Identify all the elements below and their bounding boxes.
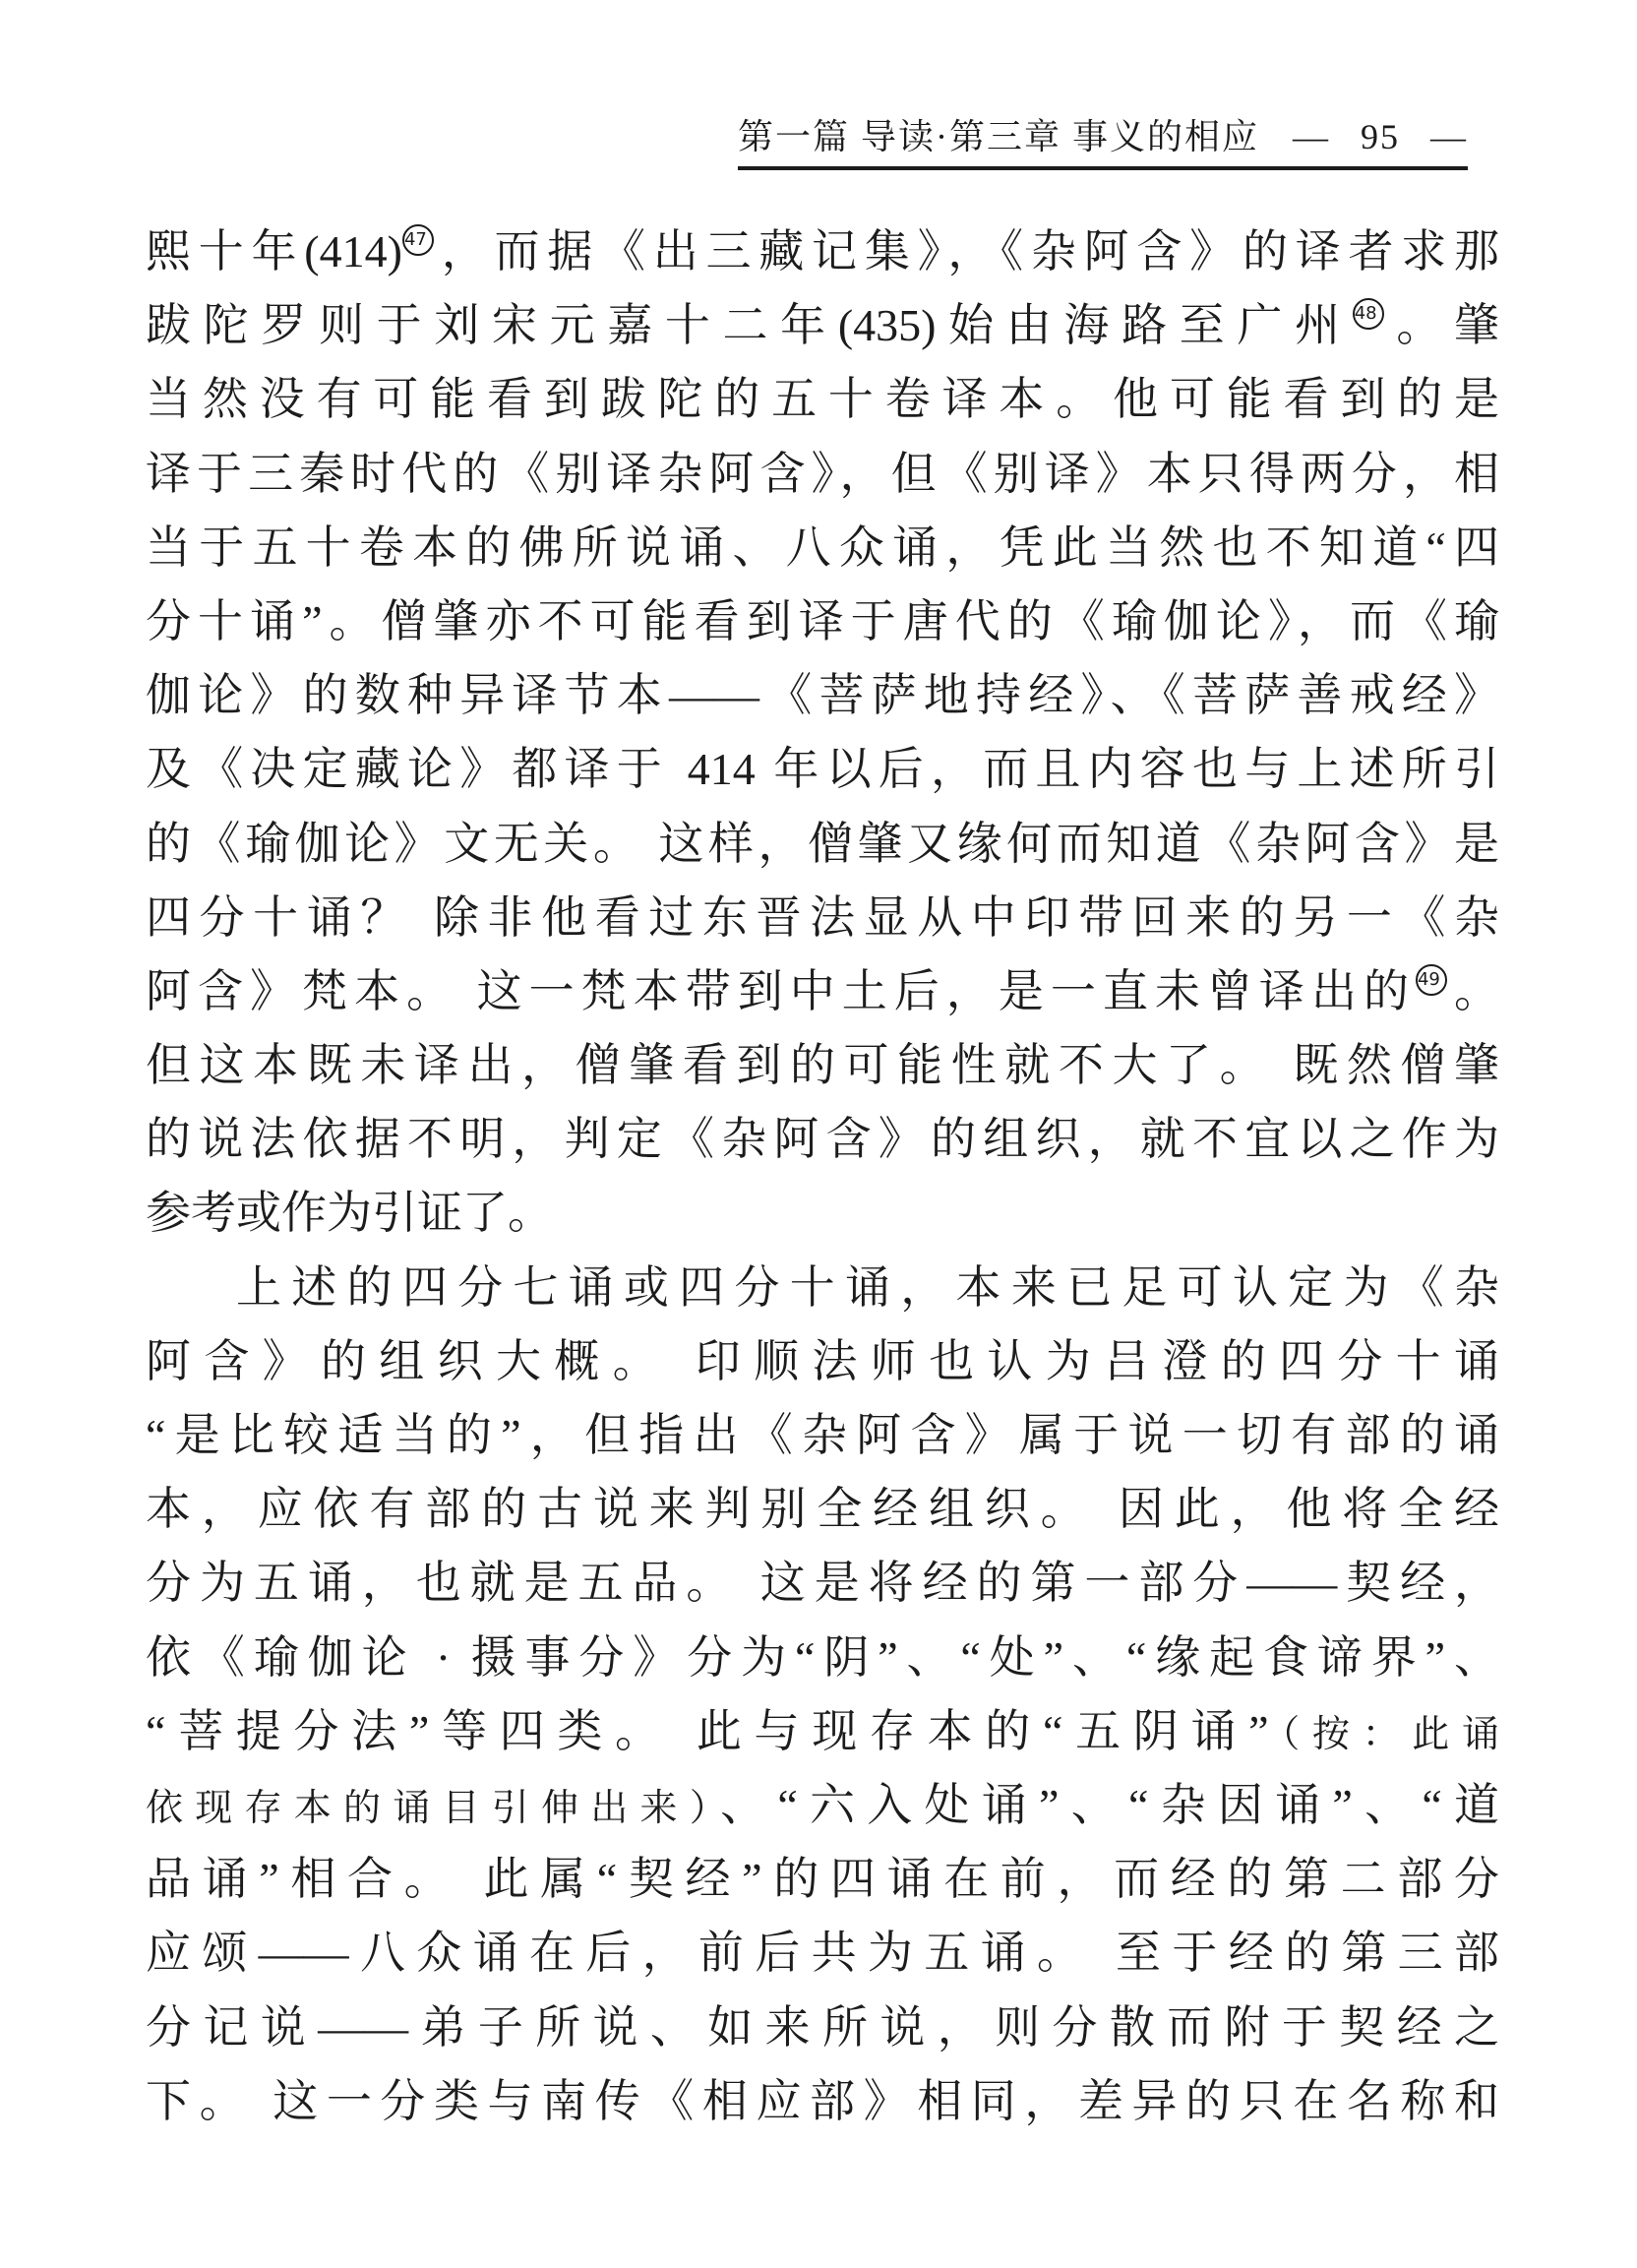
running-header: 第一篇 导读·第三章 事义的相应— 95 — [738,116,1468,170]
text-line: 熙十年(414)47，而据《出三藏记集》，《杂阿含》的译者求那 [146,215,1499,288]
text-line: 及《决定藏论》都译于 414 年以后，而且内容也与上述所引 [146,732,1499,806]
text-run: 熙十年(414) [146,226,402,276]
text-run: 。 [1447,966,1499,1016]
text-run: 跋陀罗则于刘宋元嘉十二年(435)始由海路至广州 [146,300,1353,350]
text-line: 的说法依据不明，判定《杂阿含》的组织，就不宜以之作为 [146,1102,1499,1176]
text-run: 分十诵”。僧肇亦不可能看到译于唐代的《瑜伽论》，而《瑜 [146,596,1499,646]
running-header-rule: 第一篇 导读·第三章 事义的相应— 95 — [738,116,1468,170]
text-run: 的说法依据不明，判定《杂阿含》的组织，就不宜以之作为 [146,1114,1499,1164]
text-run: 但这本既未译出，僧肇看到的可能性就不大了。 既然僧肇 [146,1040,1499,1090]
text-run: 依《瑜伽论 · 摄事分》分为“阴”、“处”、“缘起食谛界”、 [146,1632,1499,1683]
text-run: 阿含》的组织大概。 印顺法师也认为吕澄的四分十诵 [146,1336,1499,1386]
text-run: 应颂——八众诵在后，前后共为五诵。 至于经的第三部 [146,1928,1499,1978]
text-line: 分为五诵，也就是五品。 这是将经的第一部分——契经， [146,1546,1499,1620]
text-line: 应颂——八众诵在后，前后共为五诵。 至于经的第三部 [146,1916,1499,1990]
text-line: “是比较适当的”，但指出《杂阿含》属于说一切有部的诵 [146,1398,1499,1472]
text-run: 。肇 [1384,300,1499,350]
text-line: 本，应依有部的古说来判别全经组织。 因此，他将全经 [146,1472,1499,1546]
text-run: 译于三秦时代的《别译杂阿含》，但《别译》本只得两分，相 [146,449,1499,499]
footnote-ref-circled-number: 47 [402,224,434,256]
chapter-title: 第一篇 导读·第三章 事义的相应 [738,117,1259,156]
text-run: 分为五诵，也就是五品。 这是将经的第一部分——契经， [146,1558,1499,1608]
text-line: 的《瑜伽论》文无关。 这样，僧肇又缘何而知道《杂阿含》是 [146,807,1499,881]
footnote-ref-circled-number: 49 [1416,964,1447,996]
text-run: 本，应依有部的古说来判别全经组织。 因此，他将全经 [146,1484,1499,1534]
text-line: 分记说——弟子所说、如来所说，则分散而附于契经之 [146,1991,1499,2064]
text-line: 上述的四分七诵或四分十诵，本来已足可认定为《杂 [146,1251,1499,1324]
inline-annotation: 依现存本的诵目引伸出来） [146,1788,720,1829]
text-run: ，而据《出三藏记集》，《杂阿含》的译者求那 [434,226,1499,276]
text-run: 品诵”相合。 此属“契经”的四诵在前，而经的第二部分 [146,1854,1499,1904]
inline-annotation: （按：此诵 [1269,1714,1499,1755]
text-line: 当于五十卷本的佛所说诵、八众诵，凭此当然也不知道“四 [146,511,1499,584]
text-run: 上述的四分七诵或四分十诵，本来已足可认定为《杂 [236,1262,1499,1313]
text-run: 的《瑜伽论》文无关。 这样，僧肇又缘何而知道《杂阿含》是 [146,819,1499,869]
text-line: 跋陀罗则于刘宋元嘉十二年(435)始由海路至广州48。肇 [146,288,1499,362]
text-line: 阿含》梵本。 这一梵本带到中土后，是一直未曾译出的49。 [146,954,1499,1028]
text-run: 当然没有可能看到跋陀的五十卷译本。他可能看到的是 [146,374,1499,424]
text-run: 及《决定藏论》都译于 414 年以后，而且内容也与上述所引 [146,744,1499,794]
text-line: 四分十诵？ 除非他看过东晋法显从中印带回来的另一《杂 [146,881,1499,954]
text-line: 品诵”相合。 此属“契经”的四诵在前，而经的第二部分 [146,1842,1499,1916]
body-text: 熙十年(414)47，而据《出三藏记集》，《杂阿含》的译者求那跋陀罗则于刘宋元嘉… [146,215,1499,2138]
text-line: 译于三秦时代的《别译杂阿含》，但《别译》本只得两分，相 [146,437,1499,511]
text-run: 分记说——弟子所说、如来所说，则分散而附于契经之 [146,2002,1499,2053]
text-run: 、“六入处诵”、“杂因诵”、“道 [720,1780,1499,1830]
text-line: 伽论》的数种异译节本——《菩萨地持经》、《菩萨善戒经》 [146,658,1499,732]
text-run: “菩提分法”等四类。 此与现存本的“五阴诵” [146,1706,1269,1756]
text-run: 下。 这一分类与南传《相应部》相同，差异的只在名称和 [146,2076,1499,2126]
text-run: 阿含》梵本。 这一梵本带到中土后，是一直未曾译出的 [146,966,1416,1016]
text-run: 四分十诵？ 除非他看过东晋法显从中印带回来的另一《杂 [146,892,1499,943]
text-line: 阿含》的组织大概。 印顺法师也认为吕澄的四分十诵 [146,1324,1499,1398]
text-line: 参考或作为引证了。 [146,1176,1499,1250]
page-number: — 95 — [1293,117,1468,156]
text-line: 分十诵”。僧肇亦不可能看到译于唐代的《瑜伽论》，而《瑜 [146,584,1499,658]
footnote-ref-circled-number: 48 [1353,298,1384,330]
book-page: 第一篇 导读·第三章 事义的相应— 95 — 熙十年(414)47，而据《出三藏… [0,0,1637,2268]
text-line: 但这本既未译出，僧肇看到的可能性就不大了。 既然僧肇 [146,1028,1499,1102]
text-line: 依《瑜伽论 · 摄事分》分为“阴”、“处”、“缘起食谛界”、 [146,1621,1499,1694]
text-run: “是比较适当的”，但指出《杂阿含》属于说一切有部的诵 [146,1410,1499,1460]
text-run: 伽论》的数种异译节本——《菩萨地持经》、《菩萨善戒经》 [146,670,1499,720]
text-run: 当于五十卷本的佛所说诵、八众诵，凭此当然也不知道“四 [146,522,1499,573]
text-run: 参考或作为引证了。 [146,1188,553,1238]
text-line: 依现存本的诵目引伸出来）、“六入处诵”、“杂因诵”、“道 [146,1768,1499,1842]
text-line: 下。 这一分类与南传《相应部》相同，差异的只在名称和 [146,2064,1499,2138]
text-line: 当然没有可能看到跋陀的五十卷译本。他可能看到的是 [146,362,1499,436]
text-line: “菩提分法”等四类。 此与现存本的“五阴诵”（按：此诵 [146,1694,1499,1768]
